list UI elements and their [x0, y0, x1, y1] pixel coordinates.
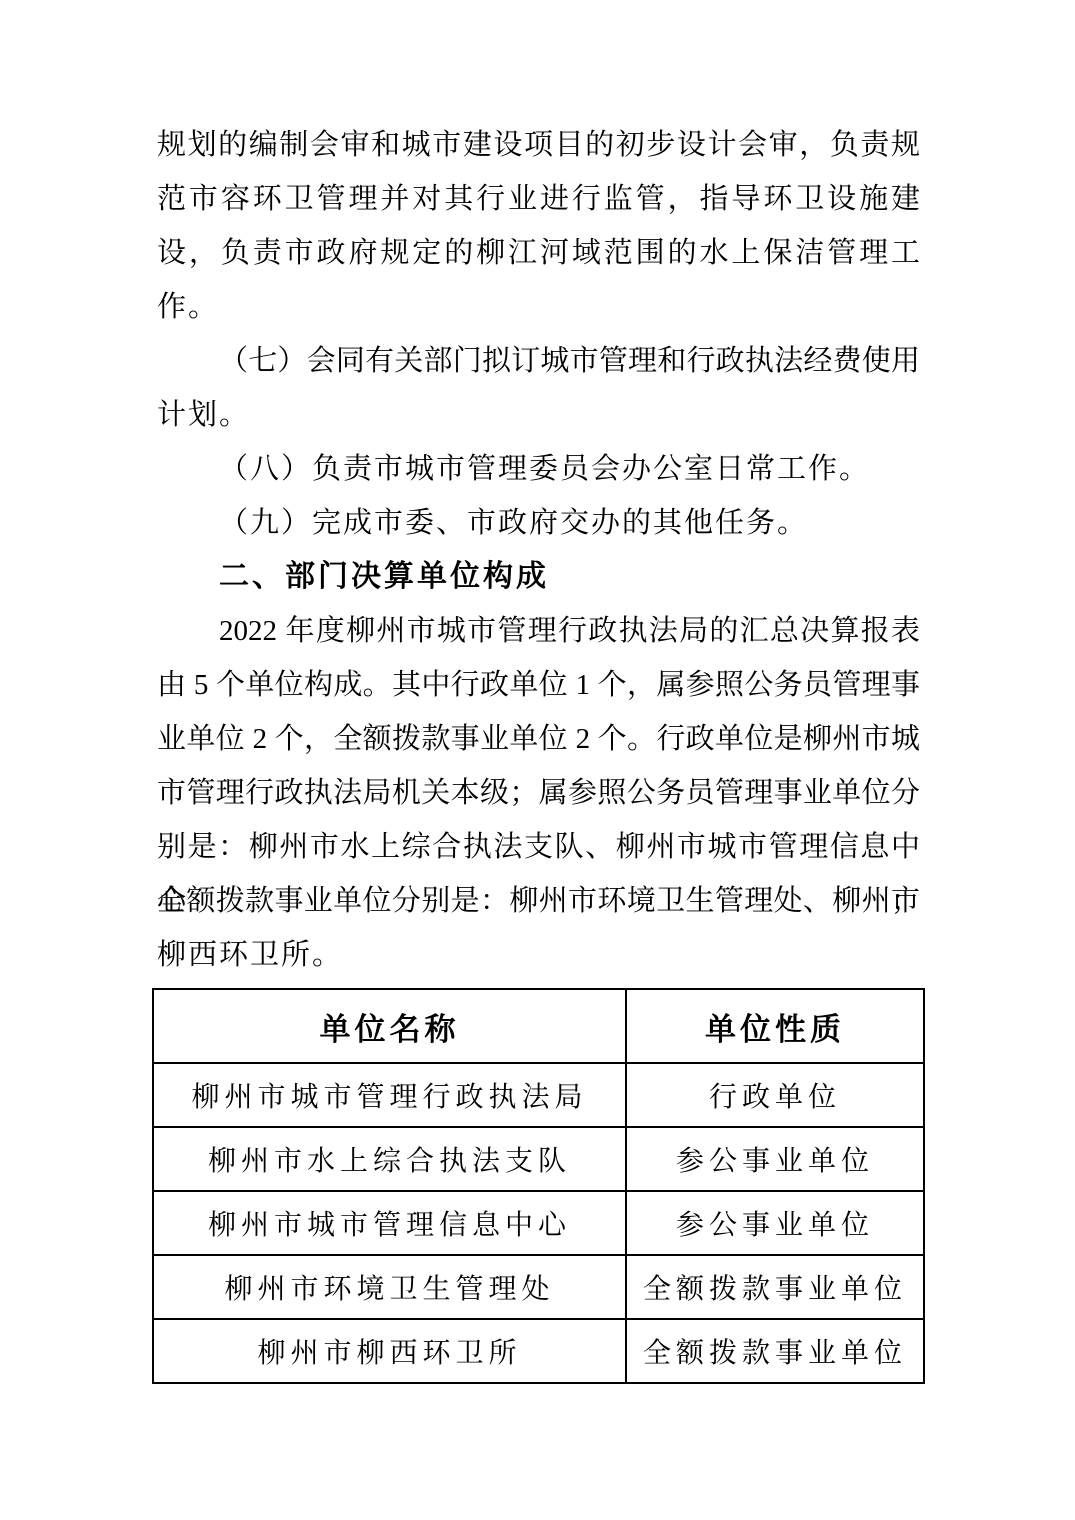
unit-name-cell: 柳州市水上综合执法支队 — [153, 1127, 626, 1191]
text-line: 业单位 2 个，全额拨款事业单位 2 个。行政单位是柳州市城 — [157, 712, 920, 766]
unit-name-cell: 柳州市柳西环卫所 — [153, 1319, 626, 1383]
text-line: 作。 — [157, 280, 920, 334]
document-content: 规划的编制会审和城市建设项目的初步设计会审，负责规范市容环卫管理并对其行业进行监… — [0, 0, 1075, 1384]
unit-name-header: 单位名称 — [153, 989, 626, 1063]
document-page: 规划的编制会审和城市建设项目的初步设计会审，负责规范市容环卫管理并对其行业进行监… — [0, 0, 1075, 1520]
unit-type-cell: 全额拨款事业单位 — [626, 1319, 924, 1383]
unit-type-cell: 参公事业单位 — [626, 1127, 924, 1191]
text-line: 规划的编制会审和城市建设项目的初步设计会审，负责规 — [157, 118, 920, 172]
text-line: 由 5 个单位构成。其中行政单位 1 个，属参照公务员管理事 — [157, 658, 920, 712]
section-heading: 二、部门决算单位构成 — [157, 550, 920, 604]
text-line: 2022 年度柳州市城市管理行政执法局的汇总决算报表 — [157, 604, 920, 658]
text-line: 计划。 — [157, 388, 920, 442]
text-line: （九）完成市委、市政府交办的其他任务。 — [157, 496, 920, 550]
table-row: 柳州市水上综合执法支队 参公事业单位 — [153, 1127, 924, 1191]
text-line: 市管理行政执法局机关本级；属参照公务员管理事业单位分 — [157, 766, 920, 820]
table-row: 柳州市环境卫生管理处 全额拨款事业单位 — [153, 1255, 924, 1319]
unit-table-header-row: 单位名称 单位性质 — [153, 989, 924, 1063]
text-line: （八）负责市城市管理委员会办公室日常工作。 — [157, 442, 920, 496]
text-line: 柳西环卫所。 — [157, 928, 920, 982]
unit-table: 单位名称 单位性质 柳州市城市管理行政执法局 行政单位 柳州市水上综合执法支队 … — [152, 988, 925, 1384]
text-line: （七）会同有关部门拟订城市管理和行政执法经费使用 — [157, 334, 920, 388]
unit-name-cell: 柳州市环境卫生管理处 — [153, 1255, 626, 1319]
body-text: 规划的编制会审和城市建设项目的初步设计会审，负责规范市容环卫管理并对其行业进行监… — [157, 118, 920, 982]
unit-name-cell: 柳州市城市管理行政执法局 — [153, 1063, 626, 1127]
table-row: 柳州市城市管理信息中心 参公事业单位 — [153, 1191, 924, 1255]
unit-name-cell: 柳州市城市管理信息中心 — [153, 1191, 626, 1255]
unit-type-header: 单位性质 — [626, 989, 924, 1063]
unit-type-cell: 行政单位 — [626, 1063, 924, 1127]
unit-type-cell: 全额拨款事业单位 — [626, 1255, 924, 1319]
text-line: 设，负责市政府规定的柳江河域范围的水上保洁管理工 — [157, 226, 920, 280]
unit-type-cell: 参公事业单位 — [626, 1191, 924, 1255]
table-row: 柳州市城市管理行政执法局 行政单位 — [153, 1063, 924, 1127]
text-line: 范市容环卫管理并对其行业进行监管，指导环卫设施建 — [157, 172, 920, 226]
table-row: 柳州市柳西环卫所 全额拨款事业单位 — [153, 1319, 924, 1383]
text-line: 别是：柳州市水上综合执法支队、柳州市城市管理信息中心； — [157, 820, 920, 874]
text-line: 全额拨款事业单位分别是：柳州市环境卫生管理处、柳州市 — [157, 874, 920, 928]
